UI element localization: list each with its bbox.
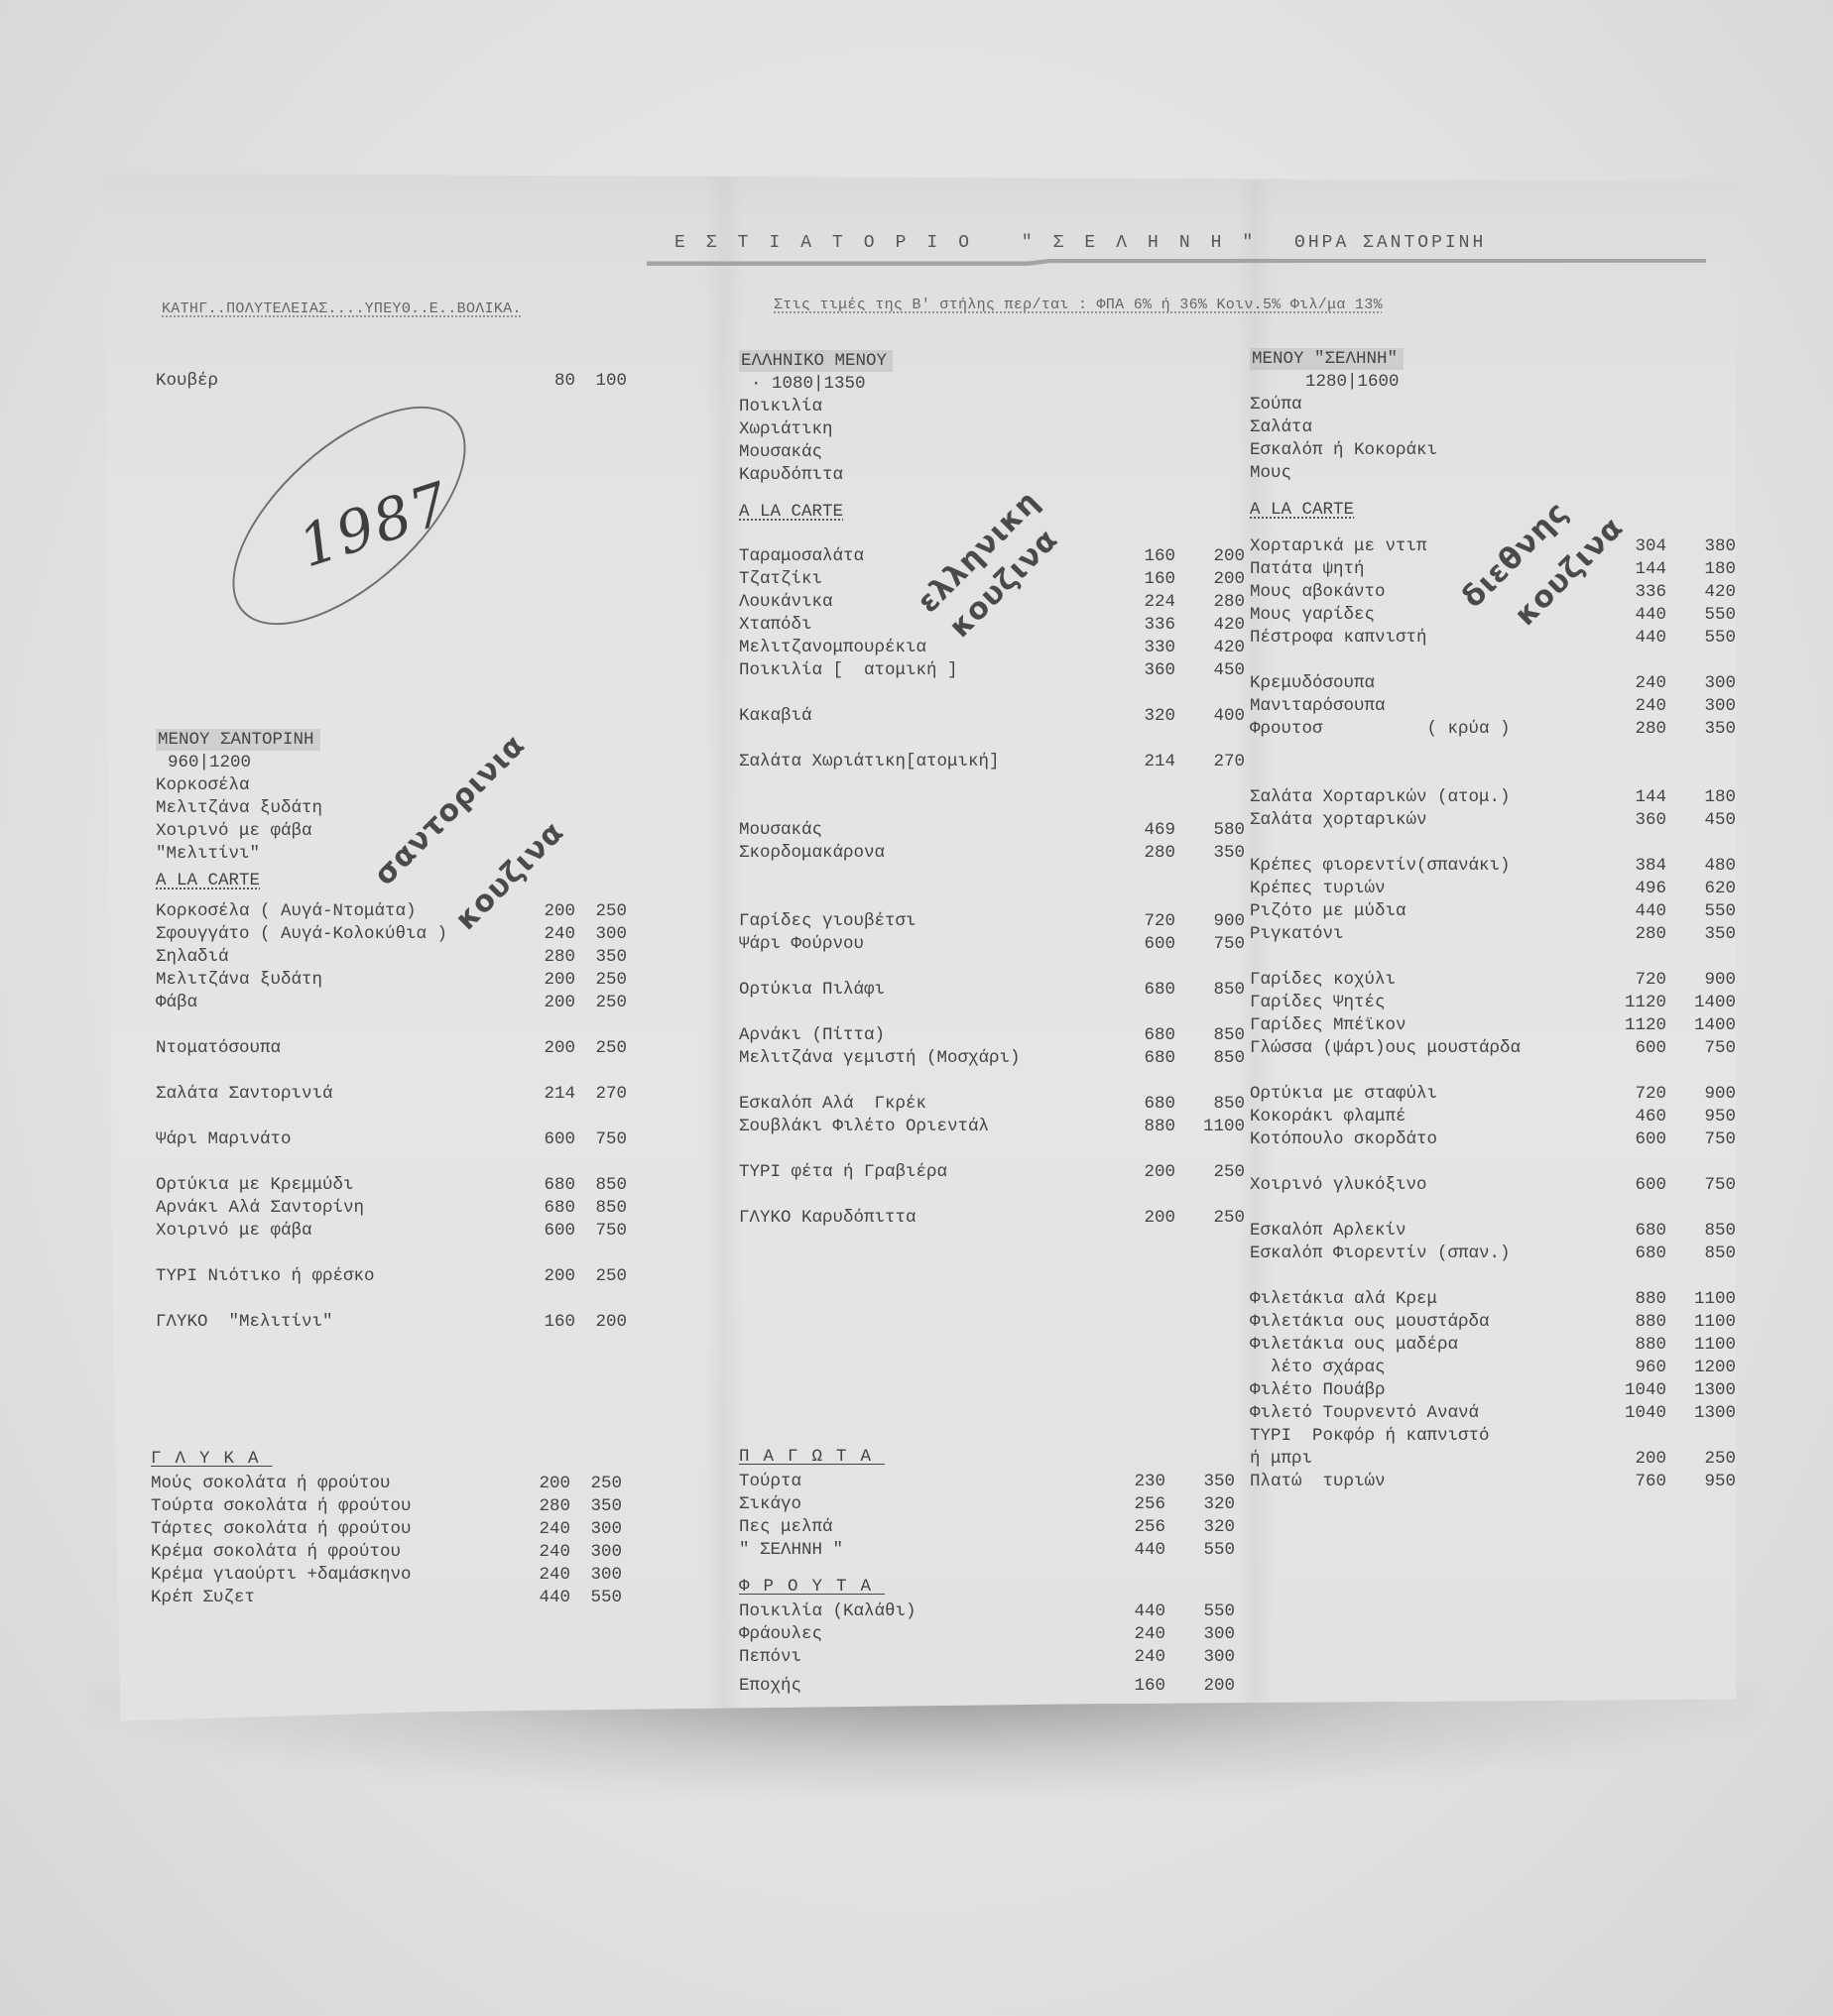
menu-item-row: Μους αβοκάντο336420 <box>1250 581 1736 604</box>
menu-item-row: ΓΛΥΚΟ Καρυδόπιττα200250 <box>739 1207 1245 1230</box>
menu-item-row: Φιλετάκια ους μαδέρα8801100 <box>1250 1334 1736 1357</box>
set-menu-price: 960|1200 <box>156 752 711 774</box>
menu-item-row: Φιλέτο Πουάβρ10401300 <box>1250 1379 1736 1402</box>
set-menu-price: 1280|1600 <box>1250 371 1736 394</box>
menu-item-row: Ψάρι Μαρινάτο600750 <box>156 1128 711 1151</box>
alacarte-heading: A LA CARTE <box>739 501 843 524</box>
menu-item-row: Εσκαλόπ Φιορεντίν (σπαν.)680850 <box>1250 1243 1736 1265</box>
menu-item-row: Τούρτα230350 <box>739 1471 1235 1493</box>
menu-item-row: Πεπόνι240300 <box>739 1646 1235 1669</box>
set-menu-title: ΜΕΝΟΥ "ΣΕΛΗΝΗ" <box>1250 348 1404 370</box>
menu-item-row: Μουσακάς469580 <box>739 819 1245 842</box>
menu-item-row: Πες μελπά256320 <box>739 1516 1235 1539</box>
menu-item-row: Φρουτοσ ( κρύα )280350 <box>1250 718 1736 741</box>
menu-item-row: Μανιταρόσουπα240300 <box>1250 695 1736 718</box>
set-menu-title: ΕΛΛΗΝΙΚΟ ΜΕΝΟΥ <box>739 350 893 372</box>
cover-charge-row: Κουβέρ 80 100 <box>156 370 711 393</box>
menu-item-row: Χταπόδι336420 <box>739 614 1245 637</box>
menu-item-row: Κρέμα γιαούρτι +δαμάσκηνο240300 <box>151 1564 706 1587</box>
menu-item-row: Πέστροφα καπνιστή440550 <box>1250 627 1736 650</box>
menu-item-row: Τάρτες σοκολάτα ή φρούτου240300 <box>151 1518 706 1541</box>
menu-item-row: Πλατώ τυριών760950 <box>1250 1471 1736 1493</box>
menu-item-row: Τζατζίκι160200 <box>739 568 1245 591</box>
menu-item-row: Γαρίδες κοχύλι720900 <box>1250 969 1736 992</box>
menu-item-row: Κρέπες φιορεντίν(σπανάκι)384480 <box>1250 855 1736 878</box>
menu-item-row: Σαλάτα Χωριάτικη[ατομική]214270 <box>739 751 1245 773</box>
sweets-heading: ΓΛΥΚΑ <box>151 1448 273 1471</box>
menu-item-row: Ψάρι Φούρνου600750 <box>739 933 1245 956</box>
menu-item-row: Χοιρινό γλυκόξινο600750 <box>1250 1174 1736 1197</box>
set-menu-title: ΜΕΝΟΥ ΣΑΝΤΟΡΙΝΗ <box>156 729 320 751</box>
menu-item-row: Ποικιλία [ ατομική ]360450 <box>739 659 1245 682</box>
menu-item-row: Σαλάτα χορταρικών360450 <box>1250 809 1736 832</box>
menu-item-row: λέτο σχάρας9601200 <box>1250 1357 1736 1379</box>
fruit-heading: ΦΡΟΥΤΑ <box>739 1576 885 1599</box>
menu-item-row: Μελιτζανομπουρέκια330420 <box>739 637 1245 659</box>
santorini-menu-block: ΜΕΝΟΥ ΣΑΝΤΟΡΙΝΗ 960|1200 Κορκοσέλα Μελιτ… <box>156 729 711 1334</box>
set-menu-item: Κορκοσέλα <box>156 774 711 797</box>
menu-item-row: Χοιρινό με φάβα600750 <box>156 1220 711 1243</box>
menu-item-row: Μους γαρίδες440550 <box>1250 604 1736 627</box>
set-menu-item: Ποικιλία <box>739 396 1245 418</box>
restaurant-title: ΕΣΤΙΑΤΟΡΙΟ "ΣΕΛΗΝΗ" ΘΗΡΑ ΣΑΝΤΟΡΙΝΗ <box>674 233 1711 253</box>
menu-item-row: Γλώσσα (ψάρι)ους μουστάρδα600750 <box>1250 1037 1736 1060</box>
menu-item-row: Κρέμα σοκολάτα ή φρούτου240300 <box>151 1541 706 1564</box>
menu-item-row: Σφουγγάτο ( Αυγά-Κολοκύθια )240300 <box>156 923 711 946</box>
menu-item-row: Κακαβιά320400 <box>739 705 1245 728</box>
menu-item-row: " ΣΕΛΗΝΗ "440550 <box>739 1539 1235 1562</box>
menu-item-row: Ορτύκια με Κρεμμύδι680850 <box>156 1174 711 1197</box>
menu-item-row: Κορκοσέλα ( Αυγά-Ντομάτα)200250 <box>156 900 711 923</box>
menu-item-row: ΤΥΡΙ Ροκφόρ ή καπνιστό <box>1250 1425 1736 1448</box>
menu-item-row: Εσκαλόπ Αλά Γκρέκ680850 <box>739 1093 1245 1116</box>
menu-item-row: Κρέπες τυριών496620 <box>1250 878 1736 900</box>
menu-item-row: Φιλετάκια αλά Κρεμ8801100 <box>1250 1288 1736 1311</box>
menu-item-row: Ντοματόσουπα200250 <box>156 1037 711 1060</box>
menu-item-row: Μελιτζάνα ξυδάτη200250 <box>156 969 711 992</box>
menu-item-row: Γαρίδες γιουβέτσι720900 <box>739 910 1245 933</box>
alacarte-heading: A LA CARTE <box>156 870 260 892</box>
menu-item-row: Φιλετό Τουρνεντό Ανανά10401300 <box>1250 1402 1736 1425</box>
menu-item-row: ΓΛΥΚΟ "Μελιτίνι"160200 <box>156 1311 711 1334</box>
sweets-block: ΓΛΥΚΑ Μούς σοκολάτα ή φρούτου200250 Τούρ… <box>151 1448 706 1609</box>
menu-item-row: Ριζότο με μύδια440550 <box>1250 900 1736 923</box>
menu-item-row: Ριγκατόνι280350 <box>1250 923 1736 946</box>
column-santorini: Κουβέρ 80 100 <box>156 370 711 393</box>
set-menu-price: · 1080|1350 <box>739 373 1245 396</box>
menu-item-row: Ορτύκια με σταφύλι720900 <box>1250 1083 1736 1106</box>
menu-item-row: Χορταρικά με ντιπ304380 <box>1250 535 1736 558</box>
menu-item-row: Λουκάνικα224280 <box>739 591 1245 614</box>
menu-item-row: Κοκοράκι φλαμπέ460950 <box>1250 1106 1736 1128</box>
menu-item-row: Κοτόπουλο σκορδάτο600750 <box>1250 1128 1736 1151</box>
menu-item-row: Αρνάκι (Πίττα)680850 <box>739 1024 1245 1047</box>
menu-item-row: Γαρίδες Μπέϊκον11201400 <box>1250 1014 1736 1037</box>
menu-item-row: Τούρτα σοκολάτα ή φρούτου280350 <box>151 1495 706 1518</box>
restaurant-location: ΘΗΡΑ ΣΑΝΤΟΡΙΝΗ <box>1294 233 1486 253</box>
menu-item-row: Εσκαλόπ Αρλεκίν680850 <box>1250 1220 1736 1243</box>
icecream-block: ΠΑΓΩΤΑ Τούρτα230350 Σικάγο256320 Πες μελ… <box>739 1446 1235 1698</box>
menu-item-row: Ποικιλία (Καλάθι)440550 <box>739 1601 1235 1623</box>
menu-sheet: ΕΣΤΙΑΤΟΡΙΟ "ΣΕΛΗΝΗ" ΘΗΡΑ ΣΑΝΤΟΡΙΝΗ ΚΑΤΗΓ… <box>104 174 1736 1730</box>
restaurant-name: ΕΣΤΙΑΤΟΡΙΟ "ΣΕΛΗΝΗ" <box>674 233 1274 253</box>
set-menu-item: Σούπα <box>1250 394 1736 416</box>
menu-item-row: Ορτύκια Πιλάφι680850 <box>739 979 1245 1002</box>
set-menu-item: Εσκαλόπ ή Κοκοράκι <box>1250 439 1736 462</box>
set-menu-item: Μους <box>1250 462 1736 485</box>
menu-item-row: Κρέπ Συζετ440550 <box>151 1587 706 1609</box>
set-menu-item: Καρυδόπιτα <box>739 464 1245 487</box>
set-menu-item: Μουσακάς <box>739 441 1245 464</box>
set-menu-item: Χοιρινό με φάβα <box>156 820 711 843</box>
category-note: ΚΑΤΗΓ..ΠΟΛΥΤΕΛΕΙΑΣ....ΥΠΕΥΘ..Ε..ΒΟΛΙΚΑ. <box>162 300 522 317</box>
set-menu-item: "Μελιτίνι" <box>156 843 711 866</box>
menu-item-row: Σαλάτα Χορταρικών (ατομ.)144180 <box>1250 786 1736 809</box>
menu-item-row: Πατάτα ψητή144180 <box>1250 558 1736 581</box>
menu-item-row: Μούς σοκολάτα ή φρούτου200250 <box>151 1473 706 1495</box>
menu-item-row: Φράουλες240300 <box>739 1623 1235 1646</box>
menu-item-row: Σκορδομακάρονα280350 <box>739 842 1245 865</box>
set-menu-item: Χωριάτικη <box>739 418 1245 441</box>
menu-item-row: Κρεμυδόσουπα240300 <box>1250 672 1736 695</box>
alacarte-heading: A LA CARTE <box>1250 499 1354 522</box>
icecream-heading: ΠΑΓΩΤΑ <box>739 1446 885 1469</box>
menu-item-row: Ταραμοσαλάτα160200 <box>739 545 1245 568</box>
set-menu-item: Μελιτζάνα ξυδάτη <box>156 797 711 820</box>
tax-note: Στις τιμές της Β' στήλης περ/ται : ΦΠΑ 6… <box>774 296 1383 313</box>
menu-item-row: Εποχής160200 <box>739 1675 1235 1698</box>
column-greek: ΕΛΛΗΝΙΚΟ ΜΕΝΟΥ · 1080|1350 Ποικιλία Χωρι… <box>739 350 1245 1230</box>
menu-item-row: ΤΥΡΙ Νιότικο ή φρέσκο200250 <box>156 1265 711 1288</box>
menu-item-row: Φιλετάκια ους μουστάρδα8801100 <box>1250 1311 1736 1334</box>
menu-item-row: Σικάγο256320 <box>739 1493 1235 1516</box>
menu-item-row: Σαλάτα Σαντορινιά214270 <box>156 1083 711 1106</box>
menu-item-row: Αρνάκι Αλά Σαντορίνη680850 <box>156 1197 711 1220</box>
menu-item-row: Σουβλάκι Φιλέτο Οριεντάλ8801100 <box>739 1116 1245 1138</box>
menu-item-row: ή μπρι200250 <box>1250 1448 1736 1471</box>
menu-item-row: ΤΥΡΙ φέτα ή Γραβιέρα200250 <box>739 1161 1245 1184</box>
menu-item-row: Σηλαδιά280350 <box>156 946 711 969</box>
column-international: ΜΕΝΟΥ "ΣΕΛΗΝΗ" 1280|1600 Σούπα Σαλάτα Εσ… <box>1250 348 1736 1493</box>
menu-item-row: Γαρίδες Ψητές11201400 <box>1250 992 1736 1014</box>
menu-item-row: Φάβα200250 <box>156 992 711 1014</box>
set-menu-item: Σαλάτα <box>1250 416 1736 439</box>
title-underline <box>647 259 1706 266</box>
menu-item-row: Μελιτζάνα γεμιστή (Μοσχάρι)680850 <box>739 1047 1245 1070</box>
